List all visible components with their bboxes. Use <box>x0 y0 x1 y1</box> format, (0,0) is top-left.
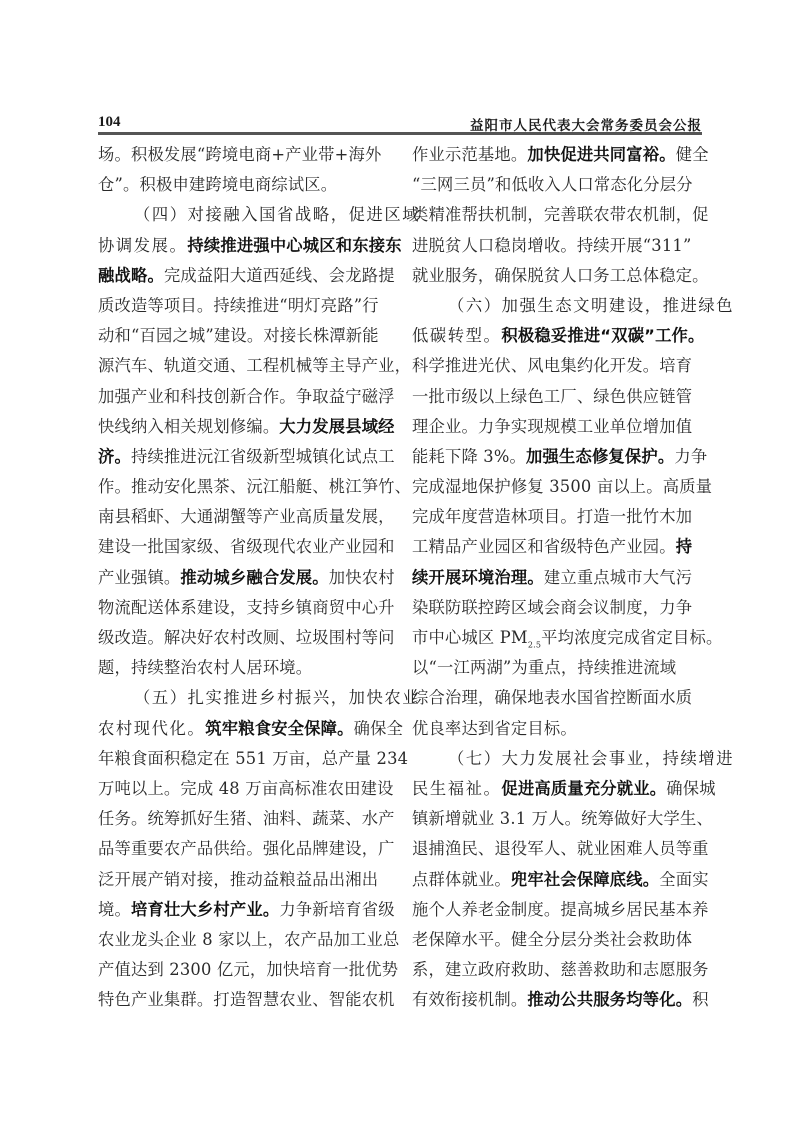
text-line: （五）扎实推进乡村振兴，加快农业 <box>98 683 388 713</box>
text-line: 理企业。力争实现规模工业单位增加值 <box>412 412 702 442</box>
text-line: 年粮食面积稳定在 551 万亩，总产量 234 <box>98 744 388 774</box>
right-column: 作业示范基地。加快促进共同富裕。健全“三网三员”和低收入人口常态化分层分类精准帮… <box>412 140 702 1015</box>
body-text: 完成年度营造林项目。打造一批竹木加 <box>412 507 692 526</box>
left-column: 场。积极发展“跨境电商+产业带+海外仓”。积极申建跨境电商综试区。（四）对接融入… <box>98 140 388 1015</box>
bold-phrase: 筑牢粮食安全保障。 <box>205 719 353 738</box>
body-text: 系，建立政府救助、慈善救助和志愿服务 <box>412 960 709 979</box>
header-rule <box>98 132 702 135</box>
body-text: 作。推动安化黑茶、沅江船艇、桃江笋竹、 <box>98 477 411 496</box>
body-text: 平均浓度完成省定目标。 <box>541 628 722 647</box>
text-line: 任务。统筹抓好生猪、油料、蔬菜、水产 <box>98 804 388 834</box>
bold-phrase: 推动公共服务均等化。 <box>527 990 692 1009</box>
text-line: 工精品产业园区和省级特色产业园。持 <box>412 532 702 562</box>
body-text: 进脱贫人口稳岗增收。持续开展“311” <box>412 236 691 255</box>
text-line: 建设一批国家级、省级现代农业产业园和 <box>98 532 388 562</box>
section-heading: （六）加强生态文明建设，推进绿色 <box>448 296 734 315</box>
body-text: 确保城 <box>666 779 715 798</box>
body-text: 综合治理，确保地表水国省控断面水质 <box>412 688 692 707</box>
body-text: 优良率达到省定目标。 <box>412 719 577 738</box>
body-text: 级改造。解决好农村改厕、垃圾围村等问 <box>98 628 395 647</box>
bold-phrase: 济。 <box>98 447 131 466</box>
section-heading: 民生福祉。 <box>412 779 501 798</box>
text-line: 能耗下降 3%。加强生态修复保护。力争 <box>412 442 702 472</box>
text-line: 低碳转型。积极稳妥推进“双碳”工作。 <box>412 321 702 351</box>
text-line: 就业服务，确保脱贫人口务工总体稳定。 <box>412 261 702 291</box>
body-text: 工精品产业园区和省级特色产业园。 <box>412 537 676 556</box>
body-text: 能耗下降 3%。 <box>412 447 526 466</box>
text-line: 仓”。积极申建跨境电商综试区。 <box>98 170 388 200</box>
text-line: 施个人养老金制度。提高城乡居民基本养 <box>412 895 702 925</box>
bold-phrase: 加强生态修复保护。 <box>526 447 674 466</box>
text-line: 进脱贫人口稳岗增收。持续开展“311” <box>412 231 702 261</box>
text-line: 类精准帮扶机制，完善联农带农机制，促 <box>412 200 702 230</box>
section-heading: （四）对接融入国省战略，促进区域 <box>134 205 420 224</box>
text-line: 完成年度营造林项目。打造一批竹木加 <box>412 502 702 532</box>
text-line: 快线纳入相关规划修编。大力发展县域经 <box>98 412 388 442</box>
body-text: 健全 <box>676 145 709 164</box>
text-line: 济。持续推进沅江省级新型城镇化试点工 <box>98 442 388 472</box>
text-line: 作。推动安化黑茶、沅江船艇、桃江笋竹、 <box>98 472 388 502</box>
body-text: 力争 <box>674 447 707 466</box>
body-text: 物流配送体系建设，支持乡镇商贸中心升 <box>98 598 395 617</box>
text-line: 源汽车、轨道交通、工程机械等主导产业， <box>98 351 388 381</box>
body-text: 南县稻虾、大通湖蟹等产业高质量发展， <box>98 507 395 526</box>
text-line: 优良率达到省定目标。 <box>412 714 702 744</box>
bold-phrase: 持 <box>676 537 692 556</box>
body-text: 质改造等项目。持续推进“明灯亮路”行 <box>98 296 379 315</box>
body-text: 万吨以上。完成 48 万亩高标准农田建设 <box>98 779 394 798</box>
text-line: 动和“百园之城”建设。对接长株潭新能 <box>98 321 388 351</box>
text-line: 农村现代化。筑牢粮食安全保障。确保全 <box>98 714 388 744</box>
text-line: 续开展环境治理。建立重点城市大气污 <box>412 563 702 593</box>
bold-phrase: 积极稳妥推进“双碳”工作。 <box>501 326 704 345</box>
body-text: 力争新培育省级 <box>279 900 394 919</box>
body-text: 积 <box>692 990 708 1009</box>
body-text: 确保全 <box>354 719 403 738</box>
text-line: 协调发展。持续推进强中心城区和东接东 <box>98 231 388 261</box>
bold-phrase: 持续推进强中心城区和东接东 <box>187 236 401 255</box>
text-line: 泛开展产销对接，推动益粮益品出湘出 <box>98 865 388 895</box>
body-text: 施个人养老金制度。提高城乡居民基本养 <box>412 900 709 919</box>
section-heading: 低碳转型。 <box>412 326 501 345</box>
bold-phrase: 促进高质量充分就业。 <box>501 779 666 798</box>
body-text: 一批市级以上绿色工厂、绿色供应链管 <box>412 387 692 406</box>
text-line: 场。积极发展“跨境电商+产业带+海外 <box>98 140 388 170</box>
bold-phrase: 培育壮大乡村产业。 <box>131 900 279 919</box>
body-text: 就业服务，确保脱贫人口务工总体稳定。 <box>412 266 709 285</box>
text-line: 作业示范基地。加快促进共同富裕。健全 <box>412 140 702 170</box>
section-heading: （五）扎实推进乡村振兴，加快农业 <box>134 688 420 707</box>
body-text: 年粮食面积稳定在 551 万亩，总产量 234 <box>98 749 408 768</box>
journal-title: 益阳市人民代表大会常务委员会公报 <box>470 114 702 134</box>
text-line: 题，持续整治农村人居环境。 <box>98 653 388 683</box>
bold-phrase: 兜牢社会保障底线。 <box>511 870 659 889</box>
body-text: 建立重点城市大气污 <box>544 568 692 587</box>
page-header: 104 益阳市人民代表大会常务委员会公报 <box>98 112 702 134</box>
body-text: 快线纳入相关规划修编。 <box>98 417 279 436</box>
body-text: 点群体就业。 <box>412 870 511 889</box>
page-number: 104 <box>98 114 121 131</box>
body-text: 农业龙头企业 8 家以上，农产品加工业总 <box>98 930 400 949</box>
bold-phrase: 融战略。 <box>98 266 164 285</box>
text-line: 老保障水平。健全分层分类社会救助体 <box>412 925 702 955</box>
text-line: 产业强镇。推动城乡融合发展。加快农村 <box>98 563 388 593</box>
bold-phrase: 续开展环境治理。 <box>412 568 544 587</box>
body-text: 染联防联控跨区域会商会议制度，力争 <box>412 598 692 617</box>
body-text: 泛开展产销对接，推动益粮益品出湘出 <box>98 870 378 889</box>
text-line: 民生福祉。促进高质量充分就业。确保城 <box>412 774 702 804</box>
body-text: 退捕渔民、退役军人、就业困难人员等重 <box>412 839 709 858</box>
text-line: 境。培育壮大乡村产业。力争新培育省级 <box>98 895 388 925</box>
text-line: 万吨以上。完成 48 万亩高标准农田建设 <box>98 774 388 804</box>
bold-phrase: 加快促进共同富裕。 <box>527 145 675 164</box>
text-line: 品等重要农产品供给。强化品牌建设，广 <box>98 834 388 864</box>
text-line: 综合治理，确保地表水国省控断面水质 <box>412 683 702 713</box>
body-text: 理企业。力争实现规模工业单位增加值 <box>412 417 692 436</box>
body-text: 仓”。积极申建跨境电商综试区。 <box>98 175 337 194</box>
text-line: 农业龙头企业 8 家以上，农产品加工业总 <box>98 925 388 955</box>
body-text: 任务。统筹抓好生猪、油料、蔬菜、水产 <box>98 809 395 828</box>
text-line: 质改造等项目。持续推进“明灯亮路”行 <box>98 291 388 321</box>
body-text: 题，持续整治农村人居环境。 <box>98 658 312 677</box>
body-text: 以“一江两湖”为重点，持续推进流域 <box>412 658 676 677</box>
text-line: 产值达到 2300 亿元，加快培育一批优势 <box>98 955 388 985</box>
text-line: 加强产业和科技创新合作。争取益宁磁浮 <box>98 382 388 412</box>
text-line: （七）大力发展社会事业，持续增进 <box>412 744 702 774</box>
body-text: 持续推进沅江省级新型城镇化试点工 <box>131 447 395 466</box>
text-line: 有效衔接机制。推动公共服务均等化。积 <box>412 985 702 1015</box>
body-text: 加强产业和科技创新合作。争取益宁磁浮 <box>98 387 395 406</box>
text-line: 系，建立政府救助、慈善救助和志愿服务 <box>412 955 702 985</box>
body-text: 动和“百园之城”建设。对接长株潭新能 <box>98 326 379 345</box>
body-text: 建设一批国家级、省级现代农业产业园和 <box>98 537 395 556</box>
text-line: 科学推进光伏、风电集约化开发。培育 <box>412 351 702 381</box>
body-text: 场。积极发展“跨境电商+产业带+海外 <box>98 145 381 164</box>
text-line: 物流配送体系建设，支持乡镇商贸中心升 <box>98 593 388 623</box>
text-line: 南县稻虾、大通湖蟹等产业高质量发展， <box>98 502 388 532</box>
text-line: “三网三员”和低收入人口常态化分层分 <box>412 170 702 200</box>
text-line: 点群体就业。兜牢社会保障底线。全面实 <box>412 865 702 895</box>
text-line: 特色产业集群。打造智慧农业、智能农机 <box>98 985 388 1015</box>
body-text: 源汽车、轨道交通、工程机械等主导产业， <box>98 356 411 375</box>
body-text: 境。 <box>98 900 131 919</box>
body-text: 特色产业集群。打造智慧农业、智能农机 <box>98 990 395 1009</box>
subscript: 2.5 <box>528 640 541 649</box>
body-text: 类精准帮扶机制，完善联农带农机制，促 <box>412 205 709 224</box>
text-line: 一批市级以上绿色工厂、绿色供应链管 <box>412 382 702 412</box>
text-line: （四）对接融入国省战略，促进区域 <box>98 200 388 230</box>
section-heading: 农村现代化。 <box>98 719 205 738</box>
body-text: 完成益阳大道西延线、会龙路提 <box>164 266 395 285</box>
body-text: 产值达到 2300 亿元，加快培育一批优势 <box>98 960 398 979</box>
body-text: 品等重要农产品供给。强化品牌建设，广 <box>98 839 395 858</box>
bold-phrase: 大力发展县域经 <box>279 417 394 436</box>
body-text: “三网三员”和低收入人口常态化分层分 <box>412 175 693 194</box>
text-line: 级改造。解决好农村改厕、垃圾围村等问 <box>98 623 388 653</box>
text-line: 退捕渔民、退役军人、就业困难人员等重 <box>412 834 702 864</box>
body-text: 产业强镇。 <box>98 568 180 587</box>
text-line: 市中心城区 PM2.5平均浓度完成省定目标。 <box>412 623 702 653</box>
body-text: 有效衔接机制。 <box>412 990 527 1009</box>
section-heading: 协调发展。 <box>98 236 187 255</box>
body-text: 镇新增就业 3.1 万人。统筹做好大学生、 <box>412 809 713 828</box>
text-line: （六）加强生态文明建设，推进绿色 <box>412 291 702 321</box>
body-text: 老保障水平。健全分层分类社会救助体 <box>412 930 692 949</box>
section-heading: （七）大力发展社会事业，持续增进 <box>448 749 734 768</box>
text-line: 染联防联控跨区域会商会议制度，力争 <box>412 593 702 623</box>
body-text: 市中心城区 PM <box>412 628 528 647</box>
text-line: 镇新增就业 3.1 万人。统筹做好大学生、 <box>412 804 702 834</box>
body-text: 加快农村 <box>329 568 395 587</box>
body-text: 科学推进光伏、风电集约化开发。培育 <box>412 356 692 375</box>
text-line: 完成湿地保护修复 3500 亩以上。高质量 <box>412 472 702 502</box>
body-text: 完成湿地保护修复 3500 亩以上。高质量 <box>412 477 712 496</box>
body-text: 作业示范基地。 <box>412 145 527 164</box>
body-text: 全面实 <box>659 870 708 889</box>
text-line: 以“一江两湖”为重点，持续推进流域 <box>412 653 702 683</box>
bold-phrase: 推动城乡融合发展。 <box>180 568 328 587</box>
text-line: 融战略。完成益阳大道西延线、会龙路提 <box>98 261 388 291</box>
